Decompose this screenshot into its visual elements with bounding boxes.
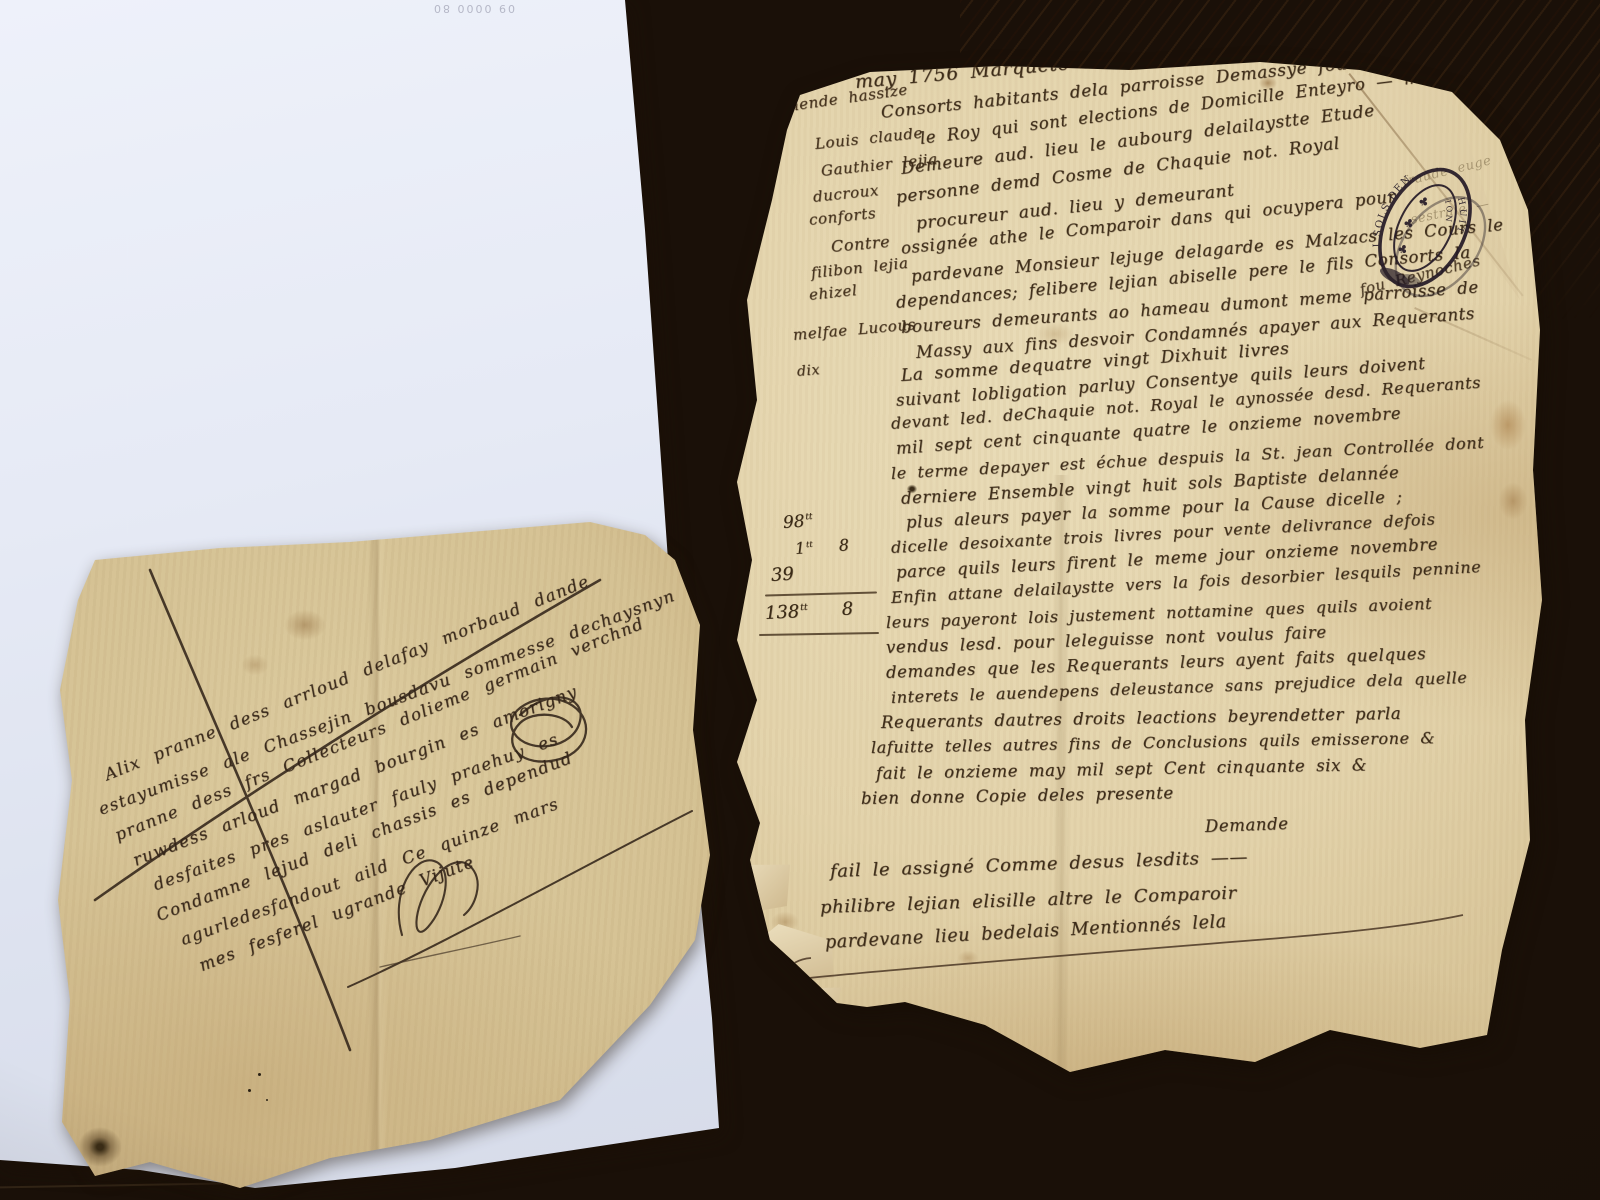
signature-monogram [399, 860, 478, 935]
tax-stamp: I.SOLS.DEN.I HUIT ION ♣ ♣ ♣ [1335, 143, 1515, 318]
right-manuscript: amende hassizeLouis claudeGauthier lejia… [715, 55, 1545, 1075]
signature-flourish [511, 697, 586, 761]
left-manuscript-paper: Alix pranne dess arrloud delafay morbaud… [50, 515, 710, 1195]
faint-print-show-through: 09 0000 80 [432, 2, 515, 15]
cross-out-stroke [95, 580, 600, 900]
cross-out-stroke [150, 570, 350, 1050]
left-manuscript-ink-overlay [50, 515, 710, 1195]
paper-scrap [831, 1006, 897, 1060]
left-manuscript: Alix pranne dess arrloud delafay morbaud… [50, 515, 710, 1195]
right-manuscript-paper: amende hassizeLouis claudeGauthier lejia… [715, 55, 1545, 1075]
photo-of-manuscripts: 09 0000 80 Alix pranne dess arrloud dela… [0, 0, 1600, 1200]
loose-thread [744, 855, 759, 923]
signature-underline [380, 936, 520, 967]
